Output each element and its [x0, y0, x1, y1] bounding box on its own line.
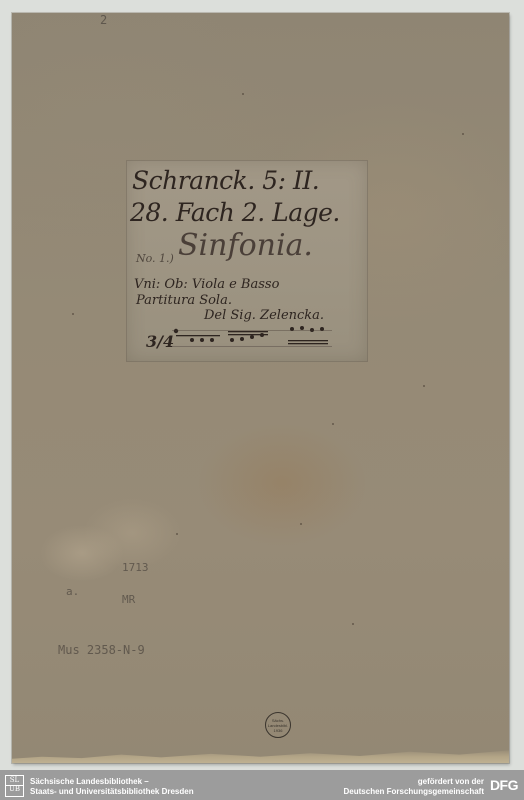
- corner-pencil-mark: 2: [100, 13, 107, 27]
- funding-line-1: gefördert von der: [344, 777, 484, 787]
- footer-bar: SL UB Sächsische Landesbibliothek – Staa…: [0, 770, 524, 800]
- pencil-mark-a: a.: [66, 585, 79, 598]
- label-composer: Del Sig. Zelencka.: [204, 308, 324, 323]
- label-cabinet-line: Schranck. 5: II.: [132, 166, 319, 195]
- slub-logo-icon: SL UB: [5, 775, 24, 797]
- funding-note: gefördert von der Deutschen Forschungsge…: [344, 777, 484, 797]
- image-viewer: 2 Schranck. 5: II. 28. Fach 2. Lage. No.…: [0, 0, 524, 770]
- label-number: No. 1.): [136, 252, 174, 265]
- label-instrumentation: Vni: Ob: Viola e Basso: [134, 277, 279, 292]
- funding-line-2: Deutschen Forschungsgemeinschaft: [344, 787, 484, 797]
- label-score-type: Partitura Sola.: [136, 293, 232, 308]
- title-label: Schranck. 5: II. 28. Fach 2. Lage. No. 1…: [126, 160, 368, 362]
- label-shelf-line: 28. Fach 2. Lage.: [130, 198, 340, 227]
- institution-line-2: Staats- und Universitätsbibliothek Dresd…: [30, 787, 194, 797]
- library-stamp: Sächs. Landesbibl. 1936: [265, 712, 291, 738]
- time-signature: 3/4: [146, 332, 174, 351]
- manuscript-cover: 2 Schranck. 5: II. 28. Fach 2. Lage. No.…: [12, 13, 509, 763]
- music-incipit: [172, 326, 332, 350]
- institution-line-1: Sächsische Landesbibliothek –: [30, 777, 194, 787]
- label-title: Sinfonia.: [178, 228, 313, 263]
- pencil-mark-mr: MR: [122, 593, 135, 606]
- institution-name: Sächsische Landesbibliothek – Staats- un…: [30, 777, 194, 797]
- dfg-logo-icon: DFG: [490, 777, 518, 793]
- shelfmark: Mus 2358-N-9: [58, 643, 145, 657]
- pencil-mark-year: 1713: [122, 561, 149, 574]
